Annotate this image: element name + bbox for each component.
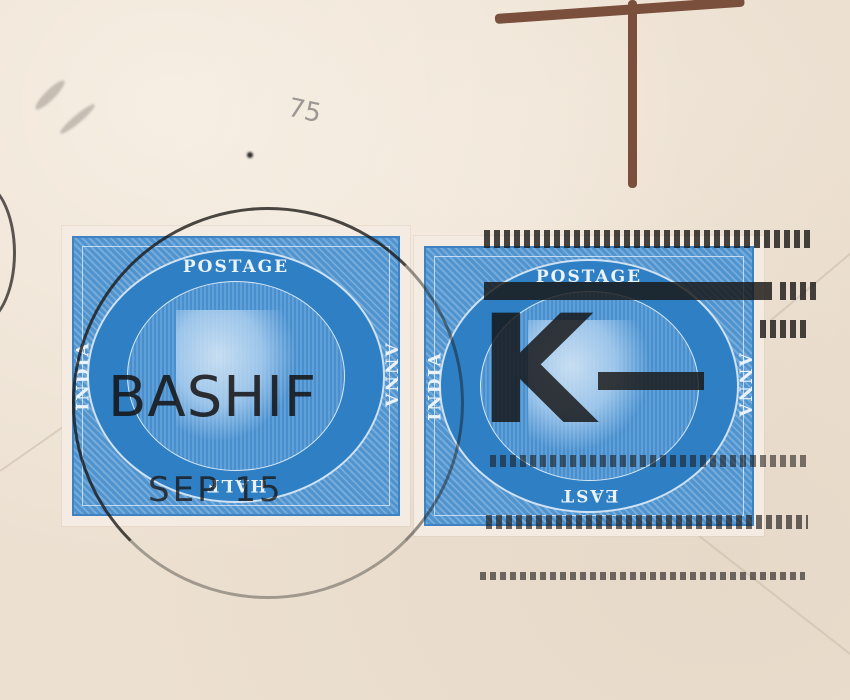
pencil-annotation: 75 xyxy=(286,97,323,125)
duplex-bar xyxy=(780,282,816,300)
duplex-letter: K xyxy=(478,296,594,446)
datestamp-town: BASHIF xyxy=(108,365,317,430)
duplex-bar xyxy=(486,515,808,529)
datestamp-date: SEP 15 xyxy=(148,470,284,510)
duplex-bar xyxy=(484,230,814,248)
duplex-bar xyxy=(480,572,805,580)
ink-dot xyxy=(247,152,253,158)
duplex-bar xyxy=(760,320,810,338)
stamp-text-bottom: EAST xyxy=(559,485,618,505)
duplex-bar xyxy=(598,372,704,390)
stamp-text-right: ANNA xyxy=(734,353,754,418)
manuscript-cross-vertical xyxy=(628,0,637,188)
